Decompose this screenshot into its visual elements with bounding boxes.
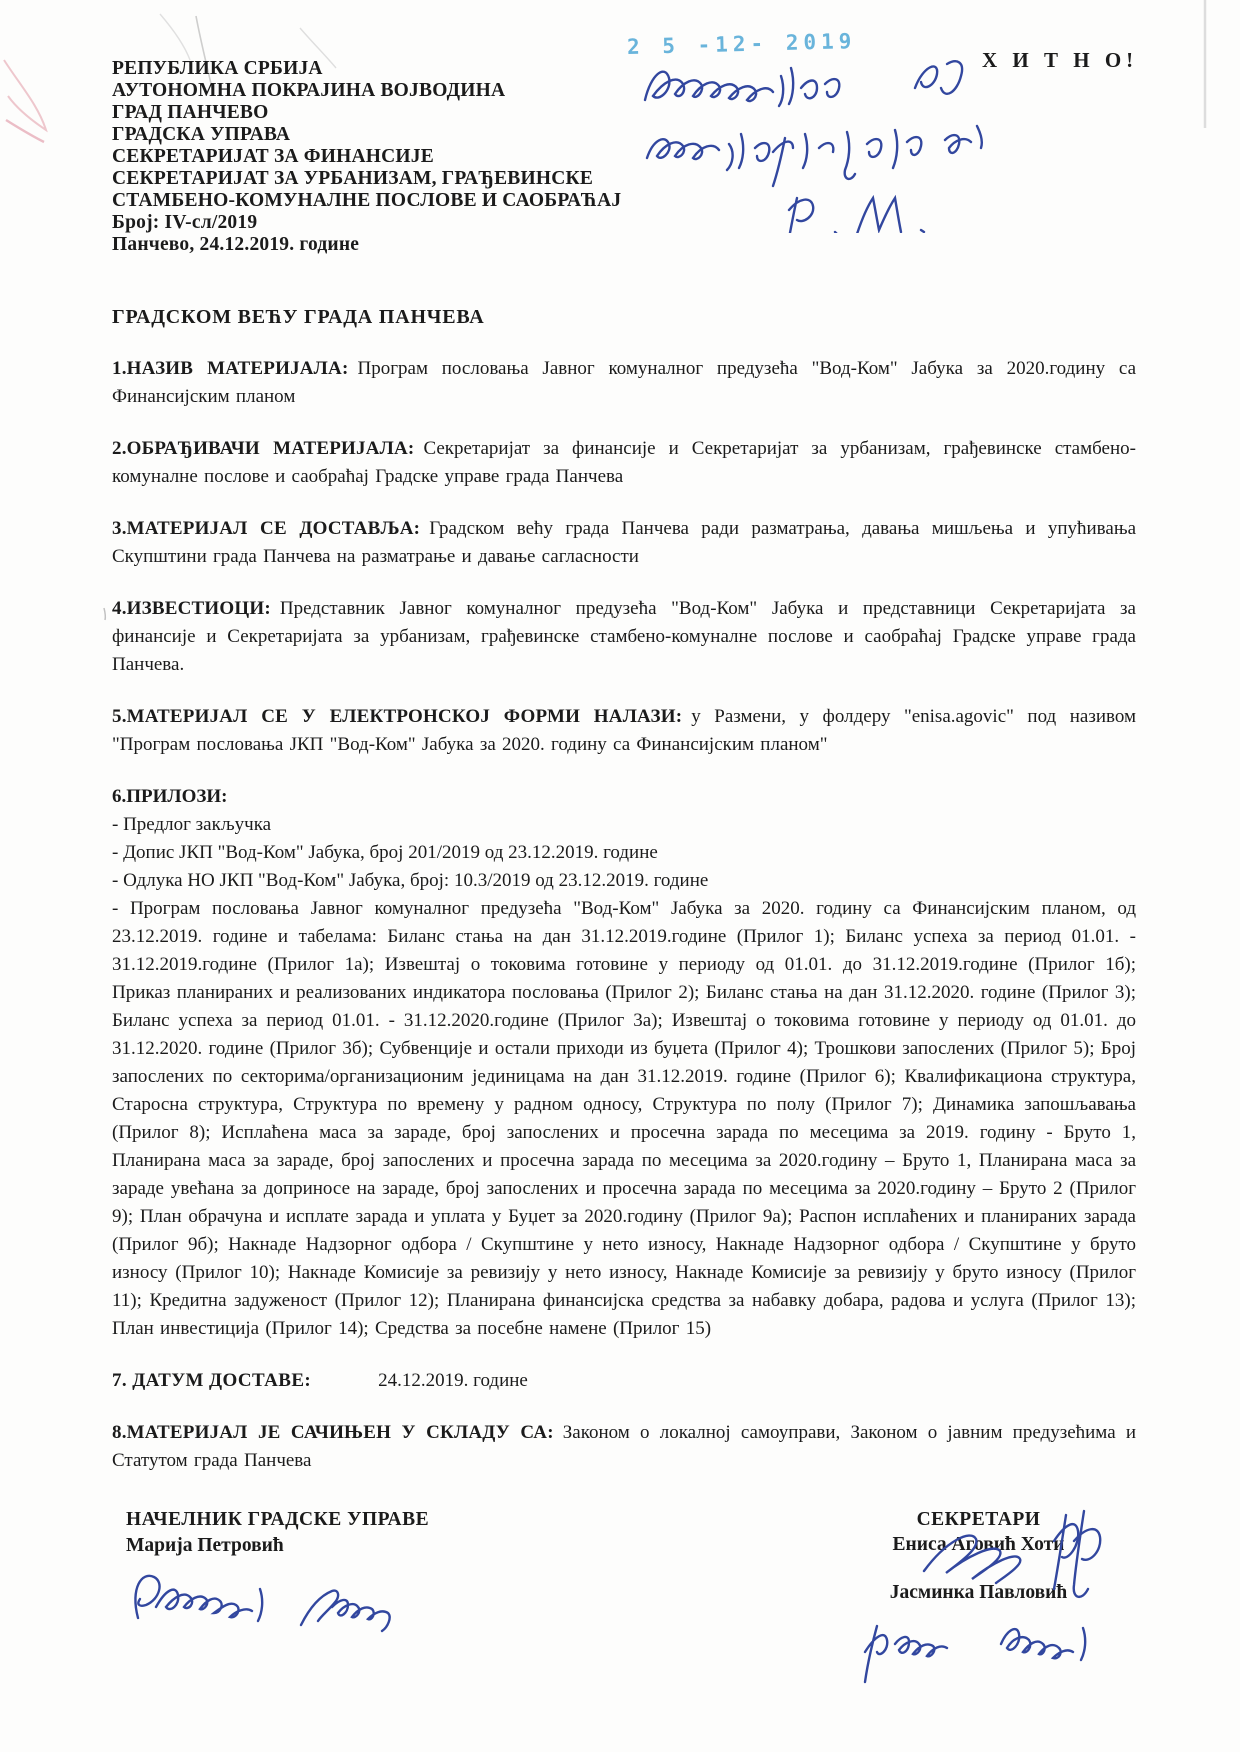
letterhead-line: СЕКРЕТАРИЈАТ ЗА УРБАНИЗАМ, ГРАЂЕВИНСКЕ xyxy=(112,168,1136,190)
section-5: 5.МАТЕРИЈАЛ СЕ У ЕЛЕКТРОНСКОЈ ФОРМИ НАЛА… xyxy=(112,703,1136,759)
signatory-left-title: НАЧЕЛНИК ГРАДСКЕ УПРАВЕ xyxy=(126,1509,429,1531)
delivery-date-value: 24.12.2019. године xyxy=(378,1370,528,1391)
signature-area: НАЧЕЛНИК ГРАДСКЕ УПРАВЕ Марија Петровић … xyxy=(112,1509,1136,1690)
signatory-right: СЕКРЕТАРИ Ениса Аговић Хоти Јасминка Пав… xyxy=(861,1509,1096,1690)
letterhead-line: АУТОНОМНА ПОКРАЈИНА ВОЈВОДИНА xyxy=(112,80,1136,102)
addressee: ГРАДСКОМ ВЕЋУ ГРАДА ПАНЧЕВА xyxy=(112,306,1136,329)
attachment-item: - Допис ЈКП "Вод-Ком" Јабука, број 201/2… xyxy=(112,839,1136,867)
letterhead: РЕПУБЛИКА СРБИЈА АУТОНОМНА ПОКРАЈИНА ВОЈ… xyxy=(112,58,1136,256)
section-1: 1.НАЗИВ МАТЕРИЈАЛА:Програм пословања Јав… xyxy=(112,355,1136,411)
section-4-label: 4.ИЗВЕСТИОЦИ: xyxy=(112,598,271,619)
section-8: 8.МАТЕРИЈАЛ ЈЕ САЧИЊЕН У СКЛАДУ СА:Закон… xyxy=(112,1419,1136,1475)
section-7: 7. ДАТУМ ДОСТАВЕ:24.12.2019. године xyxy=(112,1367,1136,1395)
section-8-label: 8.МАТЕРИЈАЛ ЈЕ САЧИЊЕН У СКЛАДУ СА: xyxy=(112,1422,554,1443)
handwritten-note-transcription: Достављено за седницу ГВ у 14,30ч Р.М. xyxy=(0,0,1,1)
document-content: РЕПУБЛИКА СРБИЈА АУТОНОМНА ПОКРАЈИНА ВОЈ… xyxy=(112,58,1136,1690)
letterhead-line: СЕКРЕТАРИЈАТ ЗА ФИНАНСИЈЕ xyxy=(112,146,1136,168)
date-stamp: 2 5 -12- 2019 xyxy=(627,29,857,59)
section-3: 3.МАТЕРИЈАЛ СЕ ДОСТАВЉА:Градском већу гр… xyxy=(112,515,1136,571)
attachment-paragraph: - Програм пословања Јавног комуналног пр… xyxy=(112,895,1136,1343)
signature-enisa-agovic-hoti xyxy=(916,1497,1136,1612)
document-page: Х И Т Н О! 2 5 -12- 2019 Достављено за с… xyxy=(0,0,1240,1752)
section-5-label: 5.МАТЕРИЈАЛ СЕ У ЕЛЕКТРОНСКОЈ ФОРМИ НАЛА… xyxy=(112,706,682,727)
signatory-left: НАЧЕЛНИК ГРАДСКЕ УПРАВЕ Марија Петровић xyxy=(112,1509,429,1641)
signature-marija-petrovic xyxy=(126,1563,426,1641)
attachment-item: - Предлог закључка xyxy=(112,811,1136,839)
attachment-item: - Одлука НО ЈКП "Вод-Ком" Јабука, број: … xyxy=(112,867,1136,895)
section-7-label: 7. ДАТУМ ДОСТАВЕ: xyxy=(112,1370,311,1391)
letterhead-line: СТАМБЕНО-КОМУНАЛНЕ ПОСЛОВЕ И САОБРАЋАЈ xyxy=(112,190,1136,212)
letterhead-line: ГРАДСКА УПРАВА xyxy=(112,124,1136,146)
section-2: 2.ОБРАЂИВАЧИ МАТЕРИЈАЛА:Секретаријат за … xyxy=(112,435,1136,491)
section-3-label: 3.МАТЕРИЈАЛ СЕ ДОСТАВЉА: xyxy=(112,518,420,539)
section-4: 4.ИЗВЕСТИОЦИ:Представник Јавног комуналн… xyxy=(112,595,1136,679)
document-number: Број: IV-сл/2019 xyxy=(112,212,1136,234)
signature-jasminka-pavlovic xyxy=(861,1608,1096,1690)
letterhead-line: РЕПУБЛИКА СРБИЈА xyxy=(112,58,1136,80)
section-6-label: 6.ПРИЛОЗИ: xyxy=(112,783,1136,811)
section-1-label: 1.НАЗИВ МАТЕРИЈАЛА: xyxy=(112,358,349,379)
letterhead-line: ГРАД ПАНЧЕВО xyxy=(112,102,1136,124)
section-2-label: 2.ОБРАЂИВАЧИ МАТЕРИЈАЛА: xyxy=(112,438,414,459)
signatory-left-name: Марија Петровић xyxy=(126,1535,429,1557)
place-and-date: Панчево, 24.12.2019. године xyxy=(112,234,1136,256)
